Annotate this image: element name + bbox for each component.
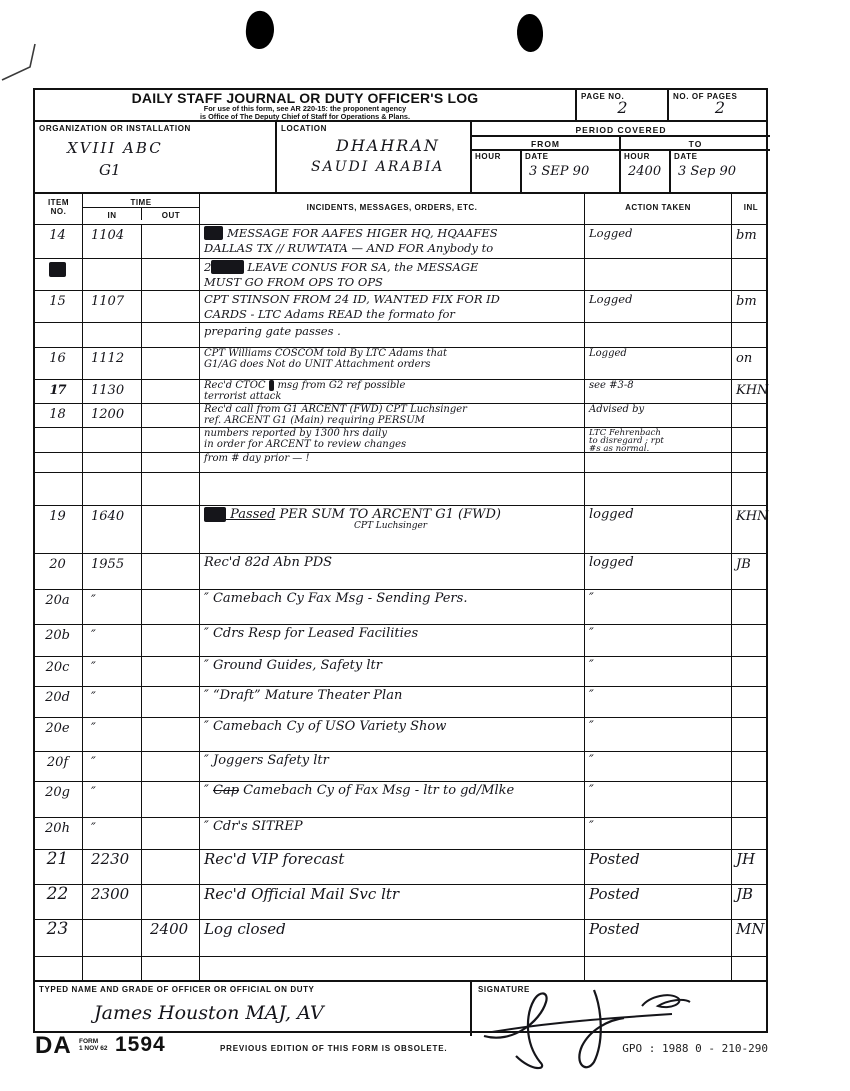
cell-incidents: preparing gate passes .	[200, 323, 585, 347]
cell-time-out	[142, 687, 200, 717]
cell-initials	[732, 404, 770, 427]
cell-initials	[732, 657, 770, 686]
cell-time-out	[142, 291, 200, 322]
time-in-header: IN	[83, 208, 142, 220]
cell-item-no	[35, 323, 83, 347]
cell-action-taken: Logged	[585, 348, 732, 379]
cell-item-no: 20d	[35, 687, 83, 717]
cell-time-out	[142, 850, 200, 884]
cell-time-out	[142, 225, 200, 258]
cell-action-taken: ″	[585, 625, 732, 656]
cell-initials: MN	[732, 920, 770, 956]
cell-item-no: 20e	[35, 718, 83, 751]
cell-time-in: 2300	[83, 885, 142, 919]
cell-initials	[732, 428, 770, 454]
cell-incidents: Rec'd 82d Abn PDS	[200, 554, 585, 589]
cell-item-no: 17	[35, 380, 83, 403]
form-subtitle-2: is Office of The Deputy Chief of Staff f…	[35, 113, 575, 121]
cell-item-no	[35, 428, 83, 454]
from-date-label: DATE	[525, 152, 619, 161]
cell-time-in: 1107	[83, 291, 142, 322]
cell-action-taken: Advised by	[585, 404, 732, 427]
table-row: 152xxxxx LEAVE CONUS FOR SA, the MESSAGE…	[35, 258, 766, 290]
table-row: numbers reported by 1300 hrs dailyin ord…	[35, 427, 766, 452]
cell-initials	[732, 473, 770, 505]
inl-header: INL	[732, 194, 770, 224]
no-of-pages-box: NO. OF PAGES 2	[669, 90, 770, 120]
organization-label: ORGANIZATION OR INSTALLATION	[39, 124, 275, 133]
cell-incidents: ″ “Draft” Mature Theater Plan	[200, 687, 585, 717]
location-value-line2: SAUDI ARABIA	[311, 159, 470, 175]
form-number: 1594	[115, 1033, 166, 1057]
cell-item-no: 20c	[35, 657, 83, 686]
cell-time-out	[142, 259, 200, 290]
cell-time-out	[142, 323, 200, 347]
cell-time-in	[83, 473, 142, 505]
table-row: 20g″″ Cap Camebach Cy of Fax Msg - ltr t…	[35, 781, 766, 817]
form-title-row: DAILY STAFF JOURNAL OR DUTY OFFICER'S LO…	[35, 90, 766, 120]
cell-time-out	[142, 885, 200, 919]
cell-time-in: ″	[83, 590, 142, 624]
incidents-header: INCIDENTS, MESSAGES, ORDERS, ETC.	[200, 194, 585, 224]
cell-incidents: Rec'd Official Mail Svc ltr	[200, 885, 585, 919]
cell-initials	[732, 752, 770, 781]
cell-initials: JB	[732, 885, 770, 919]
cell-item-no	[35, 453, 83, 472]
cell-incidents: from # day prior — !	[200, 453, 585, 472]
cell-item-no: 14	[35, 225, 83, 258]
cell-action-taken: Posted	[585, 850, 732, 884]
cell-incidents: xxx MESSAGE FOR AAFES HIGER HQ, HQAAFESD…	[200, 225, 585, 258]
period-covered-box: PERIOD COVERED FROM TO HOUR DATE 3 SEP 9…	[472, 122, 770, 192]
cell-item-no: 20f	[35, 752, 83, 781]
cell-action-taken	[585, 453, 732, 472]
signature-block: TYPED NAME AND GRADE OF OFFICER OR OFFIC…	[35, 980, 766, 1036]
cell-action-taken: ″	[585, 590, 732, 624]
cell-item-no: 18	[35, 404, 83, 427]
table-row: 232400Log closedPostedMN	[35, 919, 766, 956]
log-table-header: ITEM NO. TIME IN OUT INCIDENTS, MESSAGES…	[35, 192, 766, 224]
cell-incidents: 2xxxxx LEAVE CONUS FOR SA, the MESSAGEMU…	[200, 259, 585, 290]
cell-incidents: ″ Camebach Cy Fax Msg - Sending Pers.	[200, 590, 585, 624]
cell-time-out	[142, 625, 200, 656]
location-box: LOCATION DHAHRAN SAUDI ARABIA	[277, 122, 472, 192]
cell-incidents	[200, 473, 585, 505]
cell-action-taken	[585, 323, 732, 347]
hole-punch-mark-right	[516, 13, 545, 53]
cell-time-in	[83, 428, 142, 454]
table-row: from # day prior — !	[35, 452, 766, 472]
table-row: 20e″″ Camebach Cy of USO Variety Show″	[35, 717, 766, 751]
to-date-label: DATE	[674, 152, 770, 161]
cell-item-no	[35, 957, 83, 980]
cell-time-out	[142, 957, 200, 980]
cell-time-in	[83, 259, 142, 290]
typed-name-value: James Houston MAJ, AV	[94, 1002, 470, 1024]
from-hour-label: HOUR	[475, 152, 520, 161]
time-header: TIME IN OUT	[83, 194, 200, 224]
cell-action-taken: see #3-8	[585, 380, 732, 403]
cell-time-in: ″	[83, 782, 142, 817]
organization-value-line2: G1	[99, 161, 275, 179]
cell-time-in: ″	[83, 625, 142, 656]
cell-time-out: 2400	[142, 920, 200, 956]
table-row: 191640xxx Passed PER SUM TO ARCENT G1 (F…	[35, 505, 766, 553]
cell-action-taken: ″	[585, 687, 732, 717]
to-date-cell: DATE 3 Sep 90	[671, 151, 770, 192]
period-to-label: TO	[621, 137, 770, 149]
table-row: 20a″″ Camebach Cy Fax Msg - Sending Pers…	[35, 589, 766, 624]
da-text: DA	[35, 1032, 72, 1060]
table-row: 151107CPT STINSON FROM 24 ID, WANTED FIX…	[35, 290, 766, 322]
cell-action-taken	[585, 259, 732, 290]
signature-box: SIGNATURE	[472, 982, 770, 1036]
cell-time-in: 1200	[83, 404, 142, 427]
cell-time-in: ″	[83, 752, 142, 781]
cell-time-out	[142, 718, 200, 751]
cell-time-out	[142, 404, 200, 427]
cell-incidents: CPT Williams COSCOM told By LTC Adams th…	[200, 348, 585, 379]
cell-time-in	[83, 957, 142, 980]
cell-action-taken: Posted	[585, 920, 732, 956]
cell-incidents: Rec'd VIP forecast	[200, 850, 585, 884]
cell-time-in: 1104	[83, 225, 142, 258]
cell-time-out	[142, 428, 200, 454]
cell-item-no: 19	[35, 506, 83, 553]
cell-action-taken: ″	[585, 818, 732, 849]
period-hour-date-row: HOUR DATE 3 SEP 90 HOUR 2400 DATE 3 Sep …	[472, 151, 770, 192]
from-date-cell: DATE 3 SEP 90	[522, 151, 621, 192]
to-hour-cell: HOUR 2400	[621, 151, 671, 192]
cell-time-out	[142, 590, 200, 624]
hole-punch-mark-left	[244, 10, 276, 51]
cell-incidents: ″ Cdr's SITREP	[200, 818, 585, 849]
table-row: 201955Rec'd 82d Abn PDSloggedJB	[35, 553, 766, 589]
form-title-block: DAILY STAFF JOURNAL OR DUTY OFFICER'S LO…	[35, 90, 577, 120]
cell-action-taken: ″	[585, 752, 732, 781]
cell-time-in: 1130	[83, 380, 142, 403]
cell-time-in: 1640	[83, 506, 142, 553]
cell-time-out	[142, 453, 200, 472]
to-hour-value: 2400	[628, 164, 669, 179]
cell-time-in: 1955	[83, 554, 142, 589]
cell-time-out	[142, 473, 200, 505]
cell-incidents: ″ Joggers Safety ltr	[200, 752, 585, 781]
cell-initials	[732, 323, 770, 347]
cell-initials: KHN	[732, 380, 770, 403]
table-row: 181200Rec'd call from G1 ARCENT (FWD) CP…	[35, 403, 766, 427]
cell-action-taken: Logged	[585, 225, 732, 258]
cell-time-in: ″	[83, 818, 142, 849]
period-covered-label: PERIOD COVERED	[472, 122, 770, 137]
cell-initials	[732, 687, 770, 717]
page-no-value: 2	[581, 101, 664, 115]
log-table-body: 141104xxx MESSAGE FOR AAFES HIGER HQ, HQ…	[35, 224, 766, 980]
cell-action-taken: Posted	[585, 885, 732, 919]
table-row: 141104xxx MESSAGE FOR AAFES HIGER HQ, HQ…	[35, 224, 766, 258]
cell-item-no: 20h	[35, 818, 83, 849]
cell-initials: bm	[732, 225, 770, 258]
table-row: 20c″″ Ground Guides, Safety ltr″	[35, 656, 766, 686]
cell-time-out	[142, 554, 200, 589]
cell-initials: bm	[732, 291, 770, 322]
obsolete-note: PREVIOUS EDITION OF THIS FORM IS OBSOLET…	[220, 1044, 447, 1053]
cell-action-taken: ″	[585, 718, 732, 751]
cell-incidents	[200, 957, 585, 980]
cell-time-out	[142, 657, 200, 686]
cell-time-in	[83, 323, 142, 347]
cell-initials	[732, 259, 770, 290]
cell-incidents: ″ Camebach Cy of USO Variety Show	[200, 718, 585, 751]
cell-time-out	[142, 818, 200, 849]
cell-initials	[732, 453, 770, 472]
organization-box: ORGANIZATION OR INSTALLATION XVIII ABC G…	[35, 122, 277, 192]
cell-action-taken: LTC Fehrenbachto disregard ; rpt#s as no…	[585, 428, 732, 454]
page-no-box: PAGE NO. 2	[577, 90, 669, 120]
cell-time-in	[83, 453, 142, 472]
cell-time-in	[83, 920, 142, 956]
cell-incidents: xxx Passed PER SUM TO ARCENT G1 (FWD)CPT…	[200, 506, 585, 553]
table-row: 161112CPT Williams COSCOM told By LTC Ad…	[35, 347, 766, 379]
cell-action-taken	[585, 473, 732, 505]
table-row: 20d″″ “Draft” Mature Theater Plan″	[35, 686, 766, 717]
cell-incidents: Rec'd CTOC x msg from G2 ref possible te…	[200, 380, 585, 403]
cell-initials	[732, 625, 770, 656]
cell-item-no: 15	[35, 291, 83, 322]
period-from-to-header: FROM TO	[472, 137, 770, 151]
cell-initials	[732, 782, 770, 817]
table-row	[35, 956, 766, 980]
cell-initials: JH	[732, 850, 770, 884]
location-label: LOCATION	[281, 124, 470, 133]
typed-name-box: TYPED NAME AND GRADE OF OFFICER OR OFFIC…	[35, 982, 472, 1036]
table-row: 222300Rec'd Official Mail Svc ltrPostedJ…	[35, 884, 766, 919]
cell-time-out	[142, 752, 200, 781]
gpo-print-code: GPO : 1988 0 - 210-290	[622, 1042, 768, 1055]
cell-incidents: ″ Cdrs Resp for Leased Facilities	[200, 625, 585, 656]
table-row	[35, 472, 766, 505]
cell-item-no: 16	[35, 348, 83, 379]
cell-action-taken: Logged	[585, 291, 732, 322]
cell-time-out	[142, 782, 200, 817]
form-id-line: DA FORM 1 NOV 62 1594 PREVIOUS EDITION O…	[35, 1032, 768, 1066]
cell-item-no: 20g	[35, 782, 83, 817]
action-taken-header: ACTION TAKEN	[585, 194, 732, 224]
form-edition: FORM 1 NOV 62	[79, 1039, 108, 1052]
cell-incidents: CPT STINSON FROM 24 ID, WANTED FIX FOR I…	[200, 291, 585, 322]
org-location-period-row: ORGANIZATION OR INSTALLATION XVIII ABC G…	[35, 120, 766, 192]
cell-time-in: ″	[83, 718, 142, 751]
table-row: preparing gate passes .	[35, 322, 766, 347]
time-out-header: OUT	[142, 208, 200, 220]
cell-action-taken: logged	[585, 554, 732, 589]
cell-time-out	[142, 348, 200, 379]
da-form-1594: DAILY STAFF JOURNAL OR DUTY OFFICER'S LO…	[33, 88, 768, 1033]
location-value-line1: DHAHRAN	[336, 136, 470, 155]
cell-time-in: 1112	[83, 348, 142, 379]
cell-action-taken: ″	[585, 657, 732, 686]
table-row: 20b″″ Cdrs Resp for Leased Facilities″	[35, 624, 766, 656]
cell-initials	[732, 590, 770, 624]
table-row: 212230Rec'd VIP forecastPostedJH	[35, 849, 766, 884]
cell-time-out	[142, 506, 200, 553]
cell-time-in: ″	[83, 687, 142, 717]
cell-initials: on	[732, 348, 770, 379]
from-date-value: 3 SEP 90	[529, 164, 619, 179]
cell-item-no: 21	[35, 850, 83, 884]
cell-item-no: 20	[35, 554, 83, 589]
scanned-document-page: DAILY STAFF JOURNAL OR DUTY OFFICER'S LO…	[0, 0, 850, 1091]
cell-initials: KHN	[732, 506, 770, 553]
cell-item-no: 20b	[35, 625, 83, 656]
cell-initials	[732, 818, 770, 849]
cell-incidents: Rec'd call from G1 ARCENT (FWD) CPT Luch…	[200, 404, 585, 427]
cell-incidents: ″ Ground Guides, Safety ltr	[200, 657, 585, 686]
table-row: 20h″″ Cdr's SITREP″	[35, 817, 766, 849]
cell-initials	[732, 957, 770, 980]
item-no-header: ITEM NO.	[35, 194, 83, 224]
cell-incidents: ″ Cap Camebach Cy of Fax Msg - ltr to gd…	[200, 782, 585, 817]
cell-item-no	[35, 473, 83, 505]
cell-action-taken	[585, 957, 732, 980]
cell-item-no: 23	[35, 920, 83, 956]
table-row: 171130Rec'd CTOC x msg from G2 ref possi…	[35, 379, 766, 403]
to-date-value: 3 Sep 90	[678, 164, 770, 179]
cell-time-out	[142, 380, 200, 403]
cell-time-in: 2230	[83, 850, 142, 884]
table-row: 20f″″ Joggers Safety ltr″	[35, 751, 766, 781]
cell-action-taken: logged	[585, 506, 732, 553]
to-hour-label: HOUR	[624, 152, 669, 161]
cell-item-no: 20a	[35, 590, 83, 624]
organization-value-line1: XVIII ABC	[67, 139, 275, 157]
cell-initials: JB	[732, 554, 770, 589]
period-from-label: FROM	[472, 137, 621, 149]
typed-name-label: TYPED NAME AND GRADE OF OFFICER OR OFFIC…	[39, 985, 470, 994]
cell-initials	[732, 718, 770, 751]
cell-incidents: Log closed	[200, 920, 585, 956]
cell-time-in: ″	[83, 657, 142, 686]
cell-item-no: 15	[35, 259, 83, 290]
cell-item-no: 22	[35, 885, 83, 919]
no-of-pages-value: 2	[673, 101, 767, 115]
cell-incidents: numbers reported by 1300 hrs dailyin ord…	[200, 428, 585, 454]
from-hour-cell: HOUR	[472, 151, 522, 192]
cell-action-taken: ″	[585, 782, 732, 817]
